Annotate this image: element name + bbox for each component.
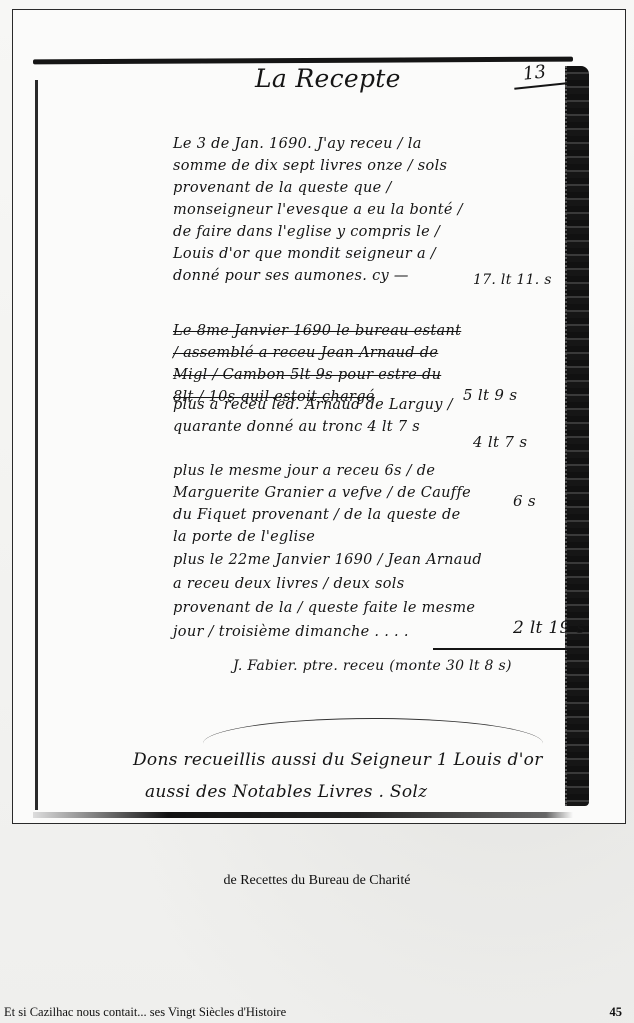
entry-1-text: Le 3 de Jan. 1690. J'ay receu / la somme…: [173, 133, 473, 287]
total-rule: [433, 648, 583, 650]
entry-1-amount: 17. lt 11. s: [473, 272, 552, 288]
margin-note-line-1: Dons recueillis aussi du Seigneur 1 Loui…: [133, 750, 543, 770]
entry-5-body: plus le 22me Janvier 1690 / Jean Arnaud …: [173, 548, 483, 644]
manuscript-photo: La Recepte 13 Le 3 de Jan. 1690. J'ay re…: [12, 9, 626, 824]
entry-4-amount: 6 s: [513, 492, 536, 510]
footer-page-number: 45: [610, 1005, 623, 1020]
figure-caption: de Recettes du Bureau de Charité: [0, 873, 634, 889]
entry-3-amount: 4 lt 7 s: [473, 433, 527, 451]
entry-5-text: plus le 22me Janvier 1690 / Jean Arnaud …: [173, 548, 483, 644]
entry-4-body: plus le mesme jour a receu 6s / de Margu…: [173, 460, 473, 548]
entry-3-body: plus a receu led. Arnaud de Larguy / qua…: [173, 394, 473, 438]
ledger-left-edge: [35, 80, 38, 810]
ledger-heading: La Recepte: [255, 64, 401, 93]
signature-line: J. Fabier. ptre. receu (monte 30 lt 8 s): [233, 658, 512, 674]
ledger-page: La Recepte 13 Le 3 de Jan. 1690. J'ay re…: [33, 58, 589, 818]
entry-5-amount: 2 lt 19 s: [513, 618, 585, 638]
entry-3-text: plus a receu led. Arnaud de Larguy / qua…: [173, 394, 473, 438]
ledger-binding: [565, 66, 589, 806]
ledger-bottom-edge: [33, 812, 573, 818]
margin-note-line-2: aussi des Notables Livres . Solz: [145, 782, 427, 802]
footer-book-title: Et si Cazilhac nous contait... ses Vingt…: [4, 1005, 286, 1020]
folio-number: 13: [512, 59, 568, 89]
entry-4-text: plus le mesme jour a receu 6s / de Margu…: [173, 460, 473, 548]
entry-1-body: Le 3 de Jan. 1690. J'ay receu / la somme…: [173, 133, 473, 287]
